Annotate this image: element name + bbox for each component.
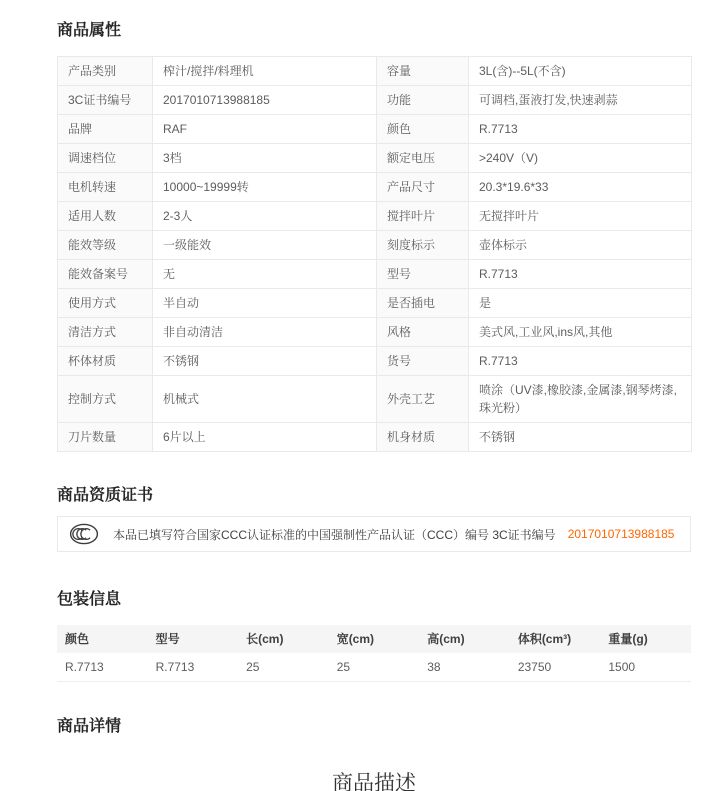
attr-label-cell: 货号 — [377, 347, 469, 376]
packaging-cell: 25 — [329, 653, 420, 682]
attr-value-cell: 6片以上 — [153, 423, 377, 452]
attr-value-cell: 2017010713988185 — [153, 86, 377, 115]
attr-row: 能效备案号 无 型号 R.7713 — [58, 260, 692, 289]
packaging-header-cell: 宽(cm) — [329, 625, 420, 653]
packaging-header-cell: 颜色 — [57, 625, 148, 653]
packaging-cell: 23750 — [510, 653, 601, 682]
attr-label-cell: 搅拌叶片 — [377, 202, 469, 231]
certificate-statement: 本品已填写符合国家CCC认证标准的中国强制性产品认证（CCC）编号 3C证书编号 — [113, 526, 556, 543]
packaging-cell: R.7713 — [148, 653, 239, 682]
attr-row: 适用人数 2-3人 搅拌叶片 无搅拌叶片 — [58, 202, 692, 231]
packaging-header-cell: 体积(cm³) — [510, 625, 601, 653]
attr-value-cell: R.7713 — [469, 260, 692, 289]
attr-label-cell: 能效等级 — [58, 231, 153, 260]
attributes-table: 产品类别 榨汁/搅拌/料理机 容量 3L(含)--5L(不含) 3C证书编号 2… — [57, 56, 692, 452]
attr-value-cell: 2-3人 — [153, 202, 377, 231]
packaging-header-cell: 型号 — [148, 625, 239, 653]
attr-label-cell: 是否插电 — [377, 289, 469, 318]
attr-value-cell: 壶体标示 — [469, 231, 692, 260]
attr-row: 使用方式 半自动 是否插电 是 — [58, 289, 692, 318]
attr-label-cell: 适用人数 — [58, 202, 153, 231]
packaging-data-row: R.7713 R.7713 25 25 38 23750 1500 — [57, 653, 691, 682]
attr-label-cell: 型号 — [377, 260, 469, 289]
attr-label-cell: 刻度标示 — [377, 231, 469, 260]
packaging-cell: 1500 — [600, 653, 691, 682]
attr-row: 清洁方式 非自动清洁 风格 美式风,工业风,ins风,其他 — [58, 318, 692, 347]
attr-row: 电机转速 10000~19999转 产品尺寸 20.3*19.6*33 — [58, 173, 692, 202]
attr-value-cell: 3档 — [153, 144, 377, 173]
attr-row: 控制方式 机械式 外壳工艺 喷涂（UV漆,橡胶漆,金属漆,钢琴烤漆,珠光粉） — [58, 376, 692, 423]
attr-label-cell: 机身材质 — [377, 423, 469, 452]
attr-value-cell: 一级能效 — [153, 231, 377, 260]
attr-value-cell: 20.3*19.6*33 — [469, 173, 692, 202]
attr-value-cell: 无搅拌叶片 — [469, 202, 692, 231]
packaging-header-cell: 高(cm) — [419, 625, 510, 653]
certificate-section-title: 商品资质证书 — [57, 485, 691, 506]
packaging-section-title: 包装信息 — [57, 589, 691, 610]
attr-label-cell: 品牌 — [58, 115, 153, 144]
packaging-header-cell: 长(cm) — [238, 625, 329, 653]
attributes-section-title: 商品属性 — [57, 0, 691, 41]
packaging-cell: R.7713 — [57, 653, 148, 682]
attr-value-cell: 3L(含)--5L(不含) — [469, 57, 692, 86]
attr-value-cell: 不锈钢 — [469, 423, 692, 452]
attr-value-cell: 美式风,工业风,ins风,其他 — [469, 318, 692, 347]
packaging-cell: 38 — [419, 653, 510, 682]
attr-value-cell: 10000~19999转 — [153, 173, 377, 202]
attr-label-cell: 3C证书编号 — [58, 86, 153, 115]
attr-value-cell: 半自动 — [153, 289, 377, 318]
attr-label-cell: 控制方式 — [58, 376, 153, 423]
attr-value-cell: RAF — [153, 115, 377, 144]
attr-label-cell: 风格 — [377, 318, 469, 347]
attr-label-cell: 刀片数量 — [58, 423, 153, 452]
attr-row: 调速档位 3档 额定电压 >240V（V) — [58, 144, 692, 173]
attr-row: 3C证书编号 2017010713988185 功能 可调档,蛋液打发,快速剥蒜 — [58, 86, 692, 115]
packaging-cell: 25 — [238, 653, 329, 682]
attr-value-cell: 机械式 — [153, 376, 377, 423]
attr-label-cell: 颜色 — [377, 115, 469, 144]
ccc-mark-icon — [69, 523, 99, 545]
packaging-header-cell: 重量(g) — [600, 625, 691, 653]
certificate-number-link[interactable]: 2017010713988185 — [568, 527, 675, 541]
attr-label-cell: 功能 — [377, 86, 469, 115]
attr-value-cell: 无 — [153, 260, 377, 289]
attr-row: 产品类别 榨汁/搅拌/料理机 容量 3L(含)--5L(不含) — [58, 57, 692, 86]
attr-value-cell: 喷涂（UV漆,橡胶漆,金属漆,钢琴烤漆,珠光粉） — [469, 376, 692, 423]
certificate-box: 本品已填写符合国家CCC认证标准的中国强制性产品认证（CCC）编号 3C证书编号… — [57, 516, 691, 552]
attr-value-cell: 不锈钢 — [153, 347, 377, 376]
attr-label-cell: 产品类别 — [58, 57, 153, 86]
attr-label-cell: 容量 — [377, 57, 469, 86]
attr-row: 杯体材质 不锈钢 货号 R.7713 — [58, 347, 692, 376]
attr-row: 能效等级 一级能效 刻度标示 壶体标示 — [58, 231, 692, 260]
attr-label-cell: 产品尺寸 — [377, 173, 469, 202]
attr-row: 品牌 RAF 颜色 R.7713 — [58, 115, 692, 144]
attr-row: 刀片数量 6片以上 机身材质 不锈钢 — [58, 423, 692, 452]
attr-label-cell: 杯体材质 — [58, 347, 153, 376]
attr-value-cell: >240V（V) — [469, 144, 692, 173]
details-section-title: 商品详情 — [57, 716, 691, 737]
attr-value-cell: 非自动清洁 — [153, 318, 377, 347]
attr-value-cell: R.7713 — [469, 347, 692, 376]
attr-label-cell: 调速档位 — [58, 144, 153, 173]
attr-label-cell: 外壳工艺 — [377, 376, 469, 423]
attr-label-cell: 清洁方式 — [58, 318, 153, 347]
packaging-header-row: 颜色 型号 长(cm) 宽(cm) 高(cm) 体积(cm³) 重量(g) — [57, 625, 691, 653]
attr-value-cell: 榨汁/搅拌/料理机 — [153, 57, 377, 86]
product-description-heading: 商品描述 — [57, 767, 691, 791]
attr-label-cell: 使用方式 — [58, 289, 153, 318]
attr-label-cell: 能效备案号 — [58, 260, 153, 289]
attr-value-cell: R.7713 — [469, 115, 692, 144]
attr-value-cell: 是 — [469, 289, 692, 318]
attr-label-cell: 额定电压 — [377, 144, 469, 173]
attr-label-cell: 电机转速 — [58, 173, 153, 202]
product-detail-content: 商品属性 产品类别 榨汁/搅拌/料理机 容量 3L(含)--5L(不含) 3C证… — [57, 0, 691, 791]
packaging-table: 颜色 型号 长(cm) 宽(cm) 高(cm) 体积(cm³) 重量(g) R.… — [57, 625, 691, 682]
attr-value-cell: 可调档,蛋液打发,快速剥蒜 — [469, 86, 692, 115]
